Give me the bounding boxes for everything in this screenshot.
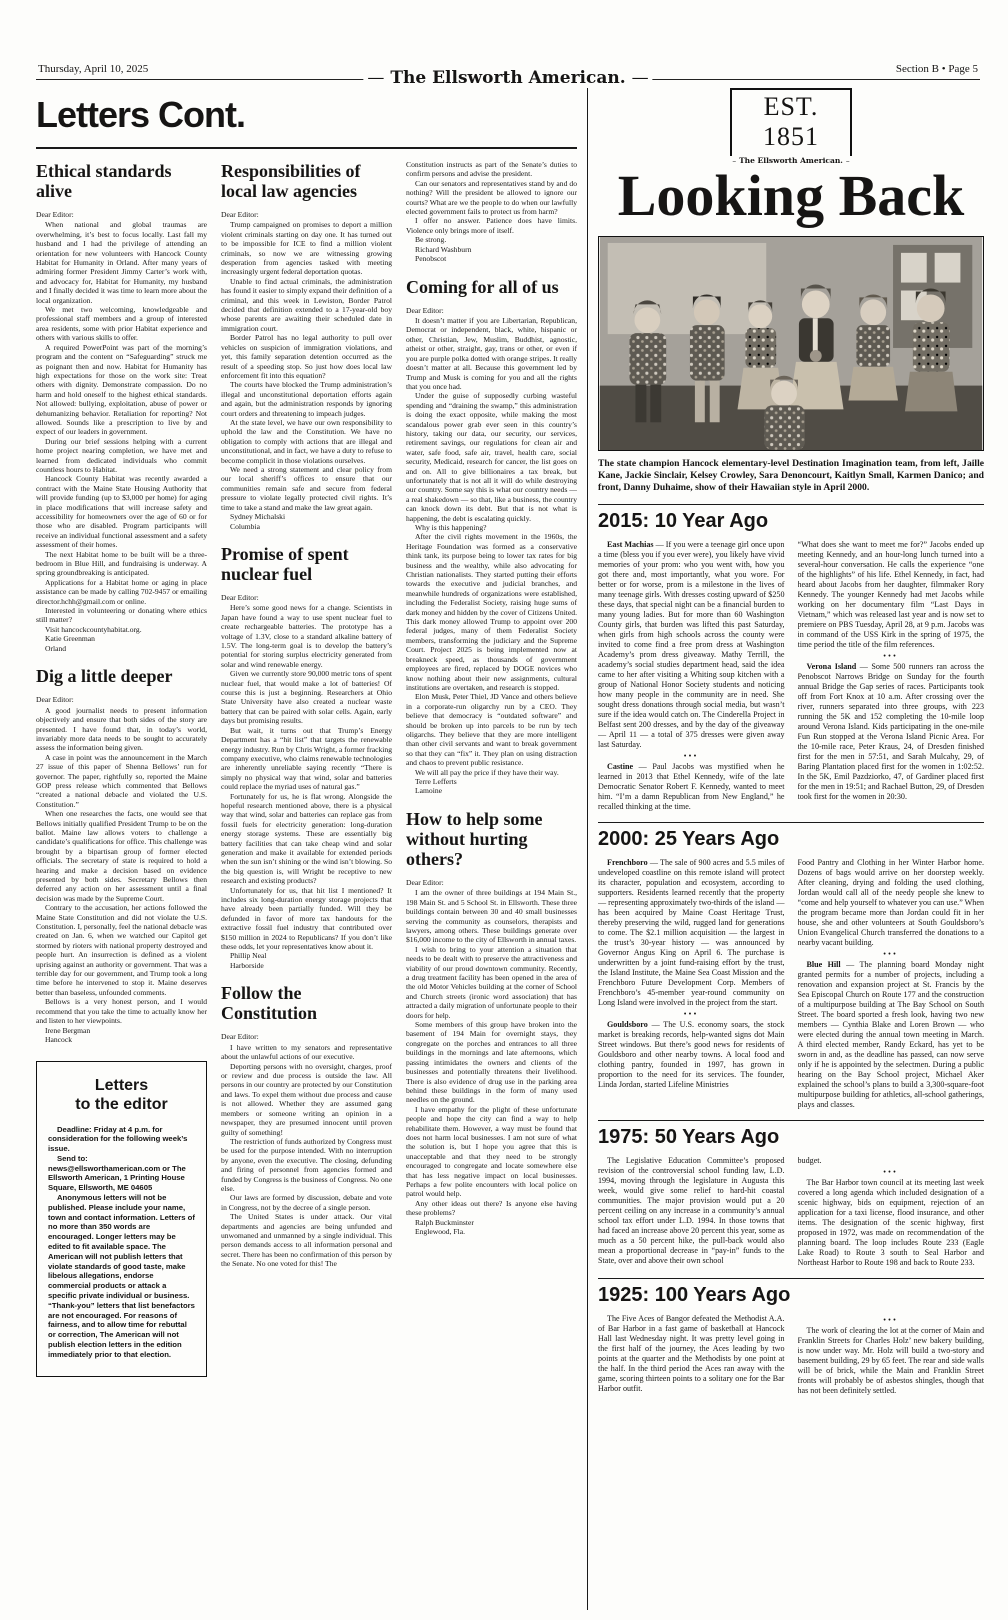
dateline: Verona Island <box>807 662 857 671</box>
paragraph: The next Habitat home to be built will b… <box>36 550 207 578</box>
lb-1975-column-1: The Legislative Education Committee’s pr… <box>598 1156 785 1268</box>
paragraph: We will all pay the price if they have t… <box>406 768 577 777</box>
dateline: East Machias <box>607 540 654 549</box>
lb-1975-columns: The Legislative Education Committee’s pr… <box>598 1156 984 1268</box>
looking-back-title: Looking Back <box>598 168 984 224</box>
letter-headline: Coming for all of us <box>406 277 577 297</box>
lb-section-2000: 2000: 25 Years Ago Frenchboro — The sale… <box>598 822 984 1110</box>
lb-2015-column-1: East Machias — If you were a teenage gir… <box>598 540 785 812</box>
paragraph: The United States is under attack. Our v… <box>221 1212 392 1268</box>
lb-2000-columns: Frenchboro — The sale of 900 acres and 5… <box>598 858 984 1110</box>
letters-column-1: Ethical standards aliveDear Editor:When … <box>36 160 207 1612</box>
est-badge-masthead: The Ellsworth American. <box>729 156 852 165</box>
paragraph: Gouldsboro — The U.S. economy soars, the… <box>598 1020 785 1090</box>
letter-headline: Dig a little deeper <box>36 666 207 686</box>
newspaper-page: Thursday, April 10, 2025 The Ellsworth A… <box>0 0 1008 1620</box>
section-divider-rule <box>587 88 588 1610</box>
signature: Sydney MichalskiColumbia <box>221 512 392 531</box>
salutation: Dear Editor: <box>221 593 392 602</box>
paragraph: During our brief sessions helping with a… <box>36 437 207 475</box>
item-separator: ••• <box>598 1010 785 1019</box>
signature: Phillip NealHarborside <box>221 951 392 970</box>
paragraph: I offer no answer. Patience does have li… <box>406 216 577 235</box>
lb-1925-column-2: •••The work of clearing the lot at the c… <box>798 1314 985 1396</box>
paragraph: Visit hancockcountyhabitat.org. <box>36 625 207 634</box>
letter-headline: Responsibilities of local law agencies <box>221 161 392 201</box>
paragraph: Deporting persons with no oversight, cha… <box>221 1062 392 1137</box>
item-separator: ••• <box>798 950 985 959</box>
paragraph: Our laws are formed by discussion, debat… <box>221 1193 392 1212</box>
paragraph: “What does she want to meet me for?” Jac… <box>798 540 985 650</box>
letter-headline: Promise of spent nuclear fuel <box>221 544 392 584</box>
page-header: Thursday, April 10, 2025 The Ellsworth A… <box>36 52 980 80</box>
letters-box-paragraph: Anonymous letters will not be published.… <box>48 1193 195 1360</box>
paragraph: Castine — Paul Jacobs was mystified when… <box>598 762 785 812</box>
paragraph: Constitution instructs as part of the Se… <box>406 160 577 179</box>
salutation: Dear Editor: <box>221 210 392 219</box>
paragraph: After the civil rights movement in the 1… <box>406 532 577 692</box>
lb-section-2015: 2015: 10 Year Ago East Machias — If you … <box>598 504 984 812</box>
paragraph: Elon Musk, Peter Thiel, JD Vance and oth… <box>406 692 577 767</box>
paragraph: budget. <box>798 1156 985 1166</box>
paragraph: When national and global traumas are ove… <box>36 220 207 305</box>
paragraph: The Five Aces of Bangor defeated the Met… <box>598 1314 785 1394</box>
paragraph: The work of clearing the lot at the corn… <box>798 1326 985 1396</box>
paragraph: East Machias — If you were a teenage gir… <box>598 540 785 750</box>
paragraph: I am the owner of three buildings at 194… <box>406 888 577 944</box>
item-separator: ••• <box>798 1168 985 1177</box>
item-separator: ••• <box>798 1316 985 1325</box>
paragraph: Be strong. <box>406 235 577 244</box>
dateline: Blue Hill <box>807 960 841 969</box>
paragraph: I wish to bring to your attention a situ… <box>406 945 577 1020</box>
lb-2000-column-2: Food Pantry and Clothing in her Winter H… <box>798 858 985 1110</box>
dateline: Castine <box>607 762 633 771</box>
paragraph: The Bar Harbor town council at its meeti… <box>798 1178 985 1268</box>
paragraph: But wait, it turns out that Trump’s Ener… <box>221 726 392 792</box>
signature: Richard WashburnPenobscot <box>406 245 577 264</box>
letters-to-editor-box: Lettersto the editorDeadline: Friday at … <box>36 1061 207 1377</box>
paragraph: Unable to find actual criminals, the adm… <box>221 277 392 333</box>
paragraph: Some members of this group have broken i… <box>406 1020 577 1105</box>
paragraph: I have written to my senators and repres… <box>221 1043 392 1062</box>
paragraph: A good journalist needs to present infor… <box>36 706 207 753</box>
paragraph: The courts have blocked the Trump admini… <box>221 380 392 418</box>
letters-section: Ethical standards aliveDear Editor:When … <box>36 160 577 1612</box>
lb-section-1975: 1975: 50 Years Ago The Legislative Educa… <box>598 1120 984 1268</box>
lb-2015-columns: East Machias — If you were a teenage gir… <box>598 540 984 812</box>
signature: Katie GreenmanOrland <box>36 634 207 653</box>
lb-1975-column-2: budget.•••The Bar Harbor town council at… <box>798 1156 985 1268</box>
masthead: The Ellsworth American. <box>363 68 652 88</box>
lb-heading-2015: 2015: 10 Year Ago <box>598 510 984 533</box>
paragraph: Blue Hill — The planning board Monday ni… <box>798 960 985 1110</box>
salutation: Dear Editor: <box>36 695 207 704</box>
paragraph: Why is this happening? <box>406 523 577 532</box>
salutation: Dear Editor: <box>406 306 577 315</box>
paragraph: Hancock County Habitat was recently awar… <box>36 474 207 549</box>
letters-box-title: Lettersto the editor <box>48 1076 195 1114</box>
paragraph: Food Pantry and Clothing in her Winter H… <box>798 858 985 948</box>
lb-2015-column-2: “What does she want to meet me for?” Jac… <box>798 540 985 812</box>
signature: Terre LeffertsLamoine <box>406 777 577 796</box>
lb-heading-1925: 1925: 100 Years Ago <box>598 1284 984 1307</box>
looking-back-figure: The state champion Hancock elementary-le… <box>598 236 984 494</box>
paragraph: It doesn’t matter if you are Libertarian… <box>406 316 577 391</box>
letters-column-3: Constitution instructs as part of the Se… <box>406 160 577 1612</box>
paragraph: We met two welcoming, knowledgeable and … <box>36 305 207 343</box>
signature: Ralph BuckminsterEnglewood, Fla. <box>406 1218 577 1237</box>
paragraph: I have empathy for the plight of these u… <box>406 1105 577 1199</box>
dateline: Frenchboro <box>607 858 648 867</box>
lb-1925-columns: The Five Aces of Bangor defeated the Met… <box>598 1314 984 1396</box>
signature: Irene BergmanHancock <box>36 1026 207 1045</box>
paragraph: Trump campaigned on promises to deport a… <box>221 220 392 276</box>
paragraph: A case in point was the announcement in … <box>36 753 207 809</box>
est-1851-text: EST. 1851 <box>732 92 850 152</box>
paragraph: When one researches the facts, one would… <box>36 809 207 903</box>
letter-headline: How to help some without hurting others? <box>406 809 577 869</box>
looking-back-photo <box>598 236 984 451</box>
est-1851-badge: EST. 1851 The Ellsworth American. <box>730 88 852 161</box>
item-separator: ••• <box>798 652 985 661</box>
paragraph: The restriction of funds authorized by C… <box>221 1137 392 1193</box>
letters-section-title: Letters Cont. <box>36 94 245 136</box>
salutation: Dear Editor: <box>36 210 207 219</box>
lb-2000-column-1: Frenchboro — The sale of 900 acres and 5… <box>598 858 785 1110</box>
letters-column-2: Responsibilities of local law agenciesDe… <box>221 160 392 1612</box>
paragraph: At the state level, we have our own resp… <box>221 418 392 465</box>
dateline: Gouldsboro <box>607 1020 648 1029</box>
paragraph: Applications for a Habitat home or aging… <box>36 578 207 606</box>
looking-back-section: EST. 1851 The Ellsworth American. Lookin… <box>598 88 984 1396</box>
paragraph: Under the guise of supposedly curbing wa… <box>406 391 577 523</box>
paragraph: Given we currently store 90,000 metric t… <box>221 669 392 725</box>
paragraph: A required PowerPoint was part of the mo… <box>36 343 207 437</box>
paragraph: Bellows is a very honest person, and I w… <box>36 997 207 1025</box>
lb-section-1925: 1925: 100 Years Ago The Five Aces of Ban… <box>598 1278 984 1396</box>
letters-title-rule <box>36 147 577 149</box>
paragraph: Border Patrol has no legal authority to … <box>221 333 392 380</box>
letter-headline: Ethical standards alive <box>36 161 207 201</box>
lb-1925-column-1: The Five Aces of Bangor defeated the Met… <box>598 1314 785 1396</box>
header-section-page: Section B • Page 5 <box>896 63 978 75</box>
paragraph: Can our senators and representatives sta… <box>406 179 577 217</box>
paragraph: Frenchboro — The sale of 900 acres and 5… <box>598 858 785 1008</box>
lb-heading-2000: 2000: 25 Years Ago <box>598 828 984 851</box>
paragraph: Unfortunately for us, that hit list I me… <box>221 886 392 952</box>
letters-box-paragraph: Deadline: Friday at 4 p.m. for considera… <box>48 1125 195 1154</box>
paragraph: Any other ideas out there? Is anyone els… <box>406 1199 577 1218</box>
lb-heading-1975: 1975: 50 Years Ago <box>598 1126 984 1149</box>
paragraph: Verona Island — Some 500 runners ran acr… <box>798 662 985 802</box>
salutation: Dear Editor: <box>406 878 577 887</box>
paragraph: Contrary to the accusation, her actions … <box>36 903 207 997</box>
paragraph: The Legislative Education Committee’s pr… <box>598 1156 785 1266</box>
letter-headline: Follow the Constitution <box>221 983 392 1023</box>
header-date: Thursday, April 10, 2025 <box>38 63 148 75</box>
paragraph: We need a strong statement and clear pol… <box>221 465 392 512</box>
photo-caption: The state champion Hancock elementary-le… <box>598 458 984 494</box>
letters-box-paragraph: Send to: news@ellsworthamerican.com or T… <box>48 1154 195 1193</box>
paragraph: Interested in volunteering or donating w… <box>36 606 207 625</box>
salutation: Dear Editor: <box>221 1032 392 1041</box>
paragraph: Fortunately for us, he is flat wrong. Al… <box>221 792 392 886</box>
item-separator: ••• <box>598 752 785 761</box>
paragraph: Here’s some good news for a change. Scie… <box>221 603 392 669</box>
